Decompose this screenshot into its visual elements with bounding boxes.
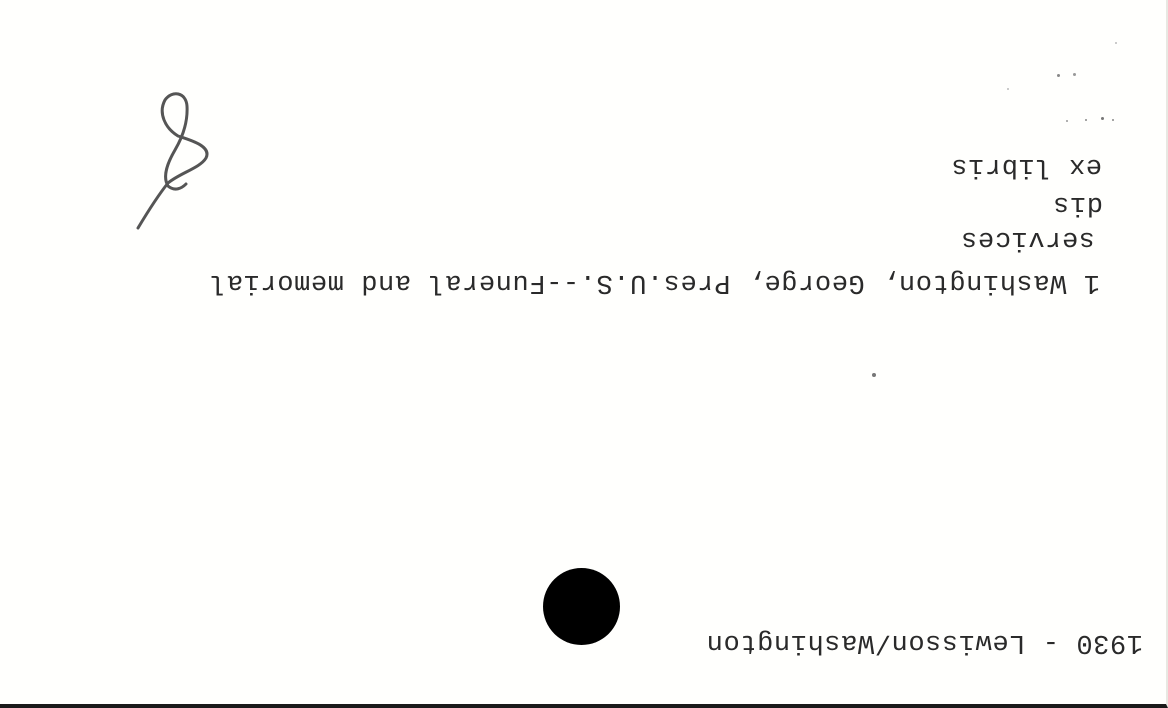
scan-speck — [1057, 74, 1060, 77]
dis-note: dis — [1033, 190, 1103, 217]
ex-libris-note: ex libris — [912, 152, 1102, 179]
scan-speck — [872, 373, 876, 377]
scan-speck — [1007, 88, 1009, 90]
punch-hole — [543, 568, 620, 645]
catalog-card: 1930 - Lewisson/Washington 1 Washington,… — [0, 0, 1168, 708]
scan-speck — [1066, 120, 1068, 122]
scan-speck — [1101, 117, 1104, 120]
scan-speck — [1115, 42, 1117, 44]
scan-speck — [1073, 73, 1076, 76]
handwritten-mark-icon — [120, 88, 230, 233]
accession-line: 1930 - Lewisson/Washington — [618, 628, 1143, 655]
scan-speck — [1112, 119, 1114, 121]
subject-heading: 1 Washington, George, Pres.U.S.--Funeral… — [78, 268, 1100, 295]
scan-speck — [1085, 119, 1087, 121]
subject-heading-continuation: services — [895, 225, 1095, 252]
